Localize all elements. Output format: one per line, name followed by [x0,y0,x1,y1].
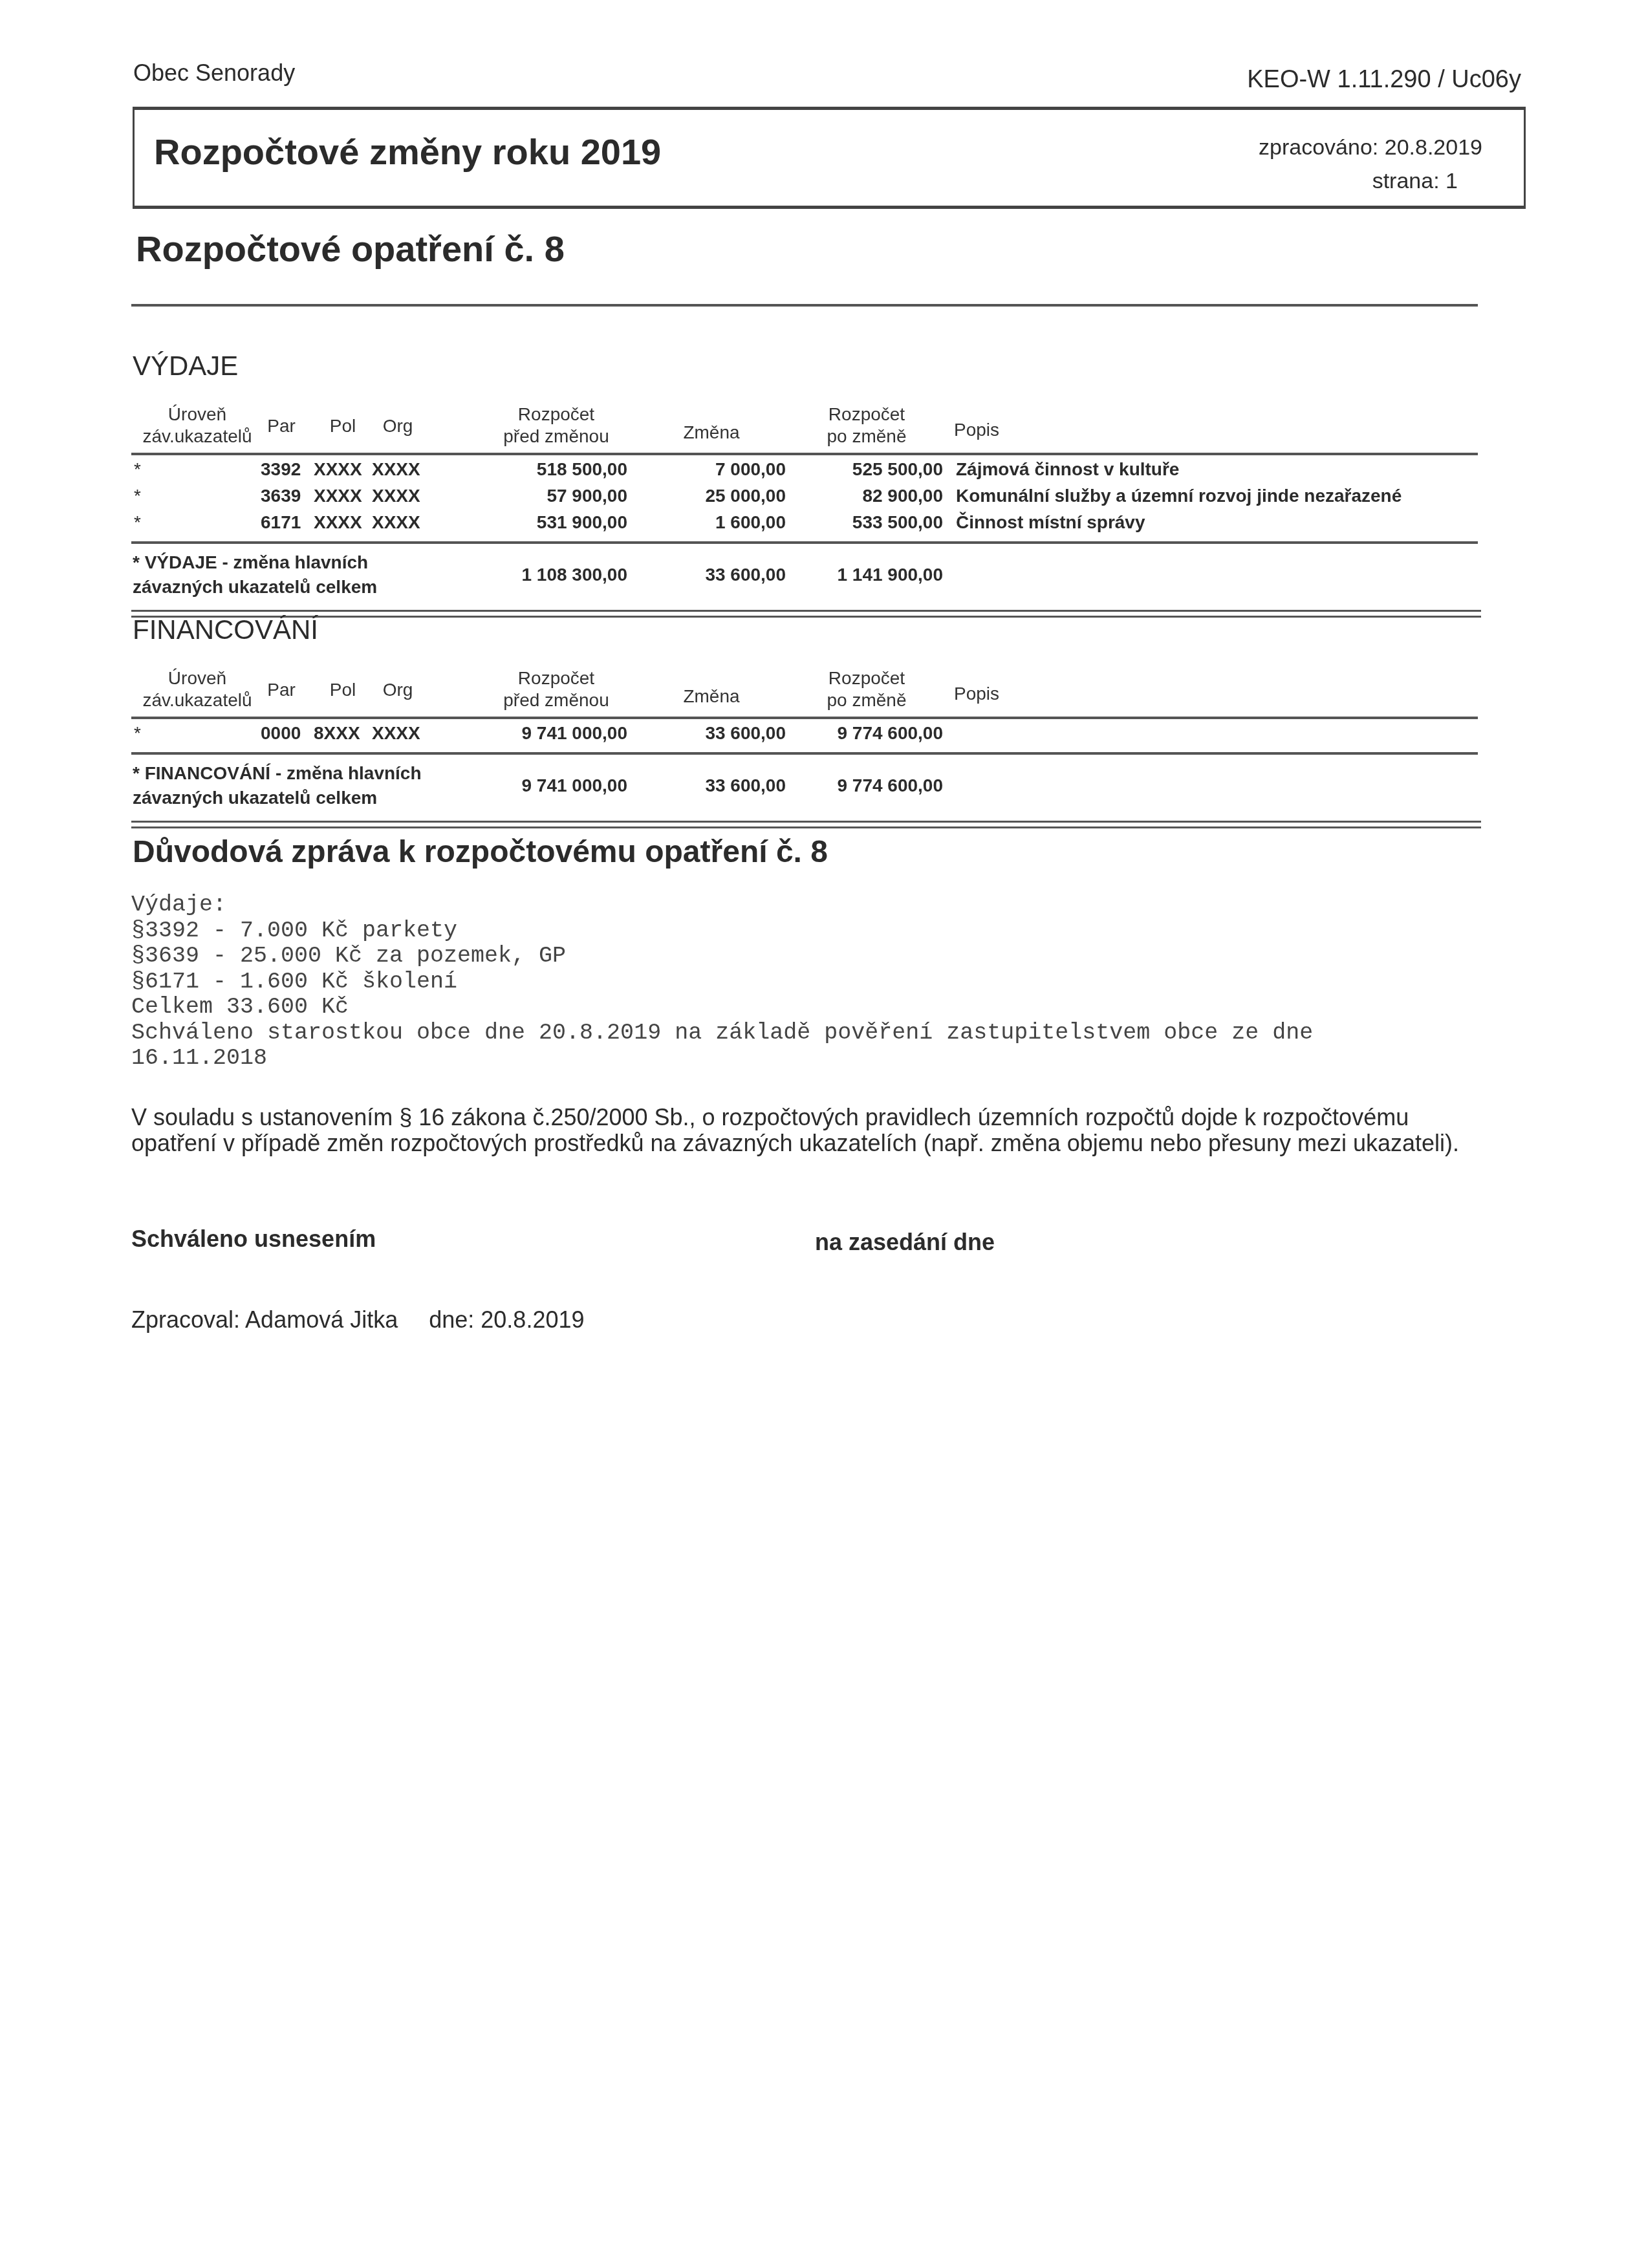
approved-by-resolution-label: Schváleno usnesením [131,1226,376,1253]
report-line: Celkem 33.600 Kč [131,995,1313,1021]
processed-by: Zpracoval: Adamová Jitka dne: 20.8.2019 [131,1306,584,1334]
budget-before: 531 900,00 [492,512,627,533]
budget-change: 33 600,00 [647,723,786,744]
level-marker: * [134,486,141,506]
processed-date: 20.8.2019 [1385,135,1482,160]
page-number-row: strana: 1 [1259,164,1482,198]
level-marker: * [134,512,141,533]
organization-name: Obec Senorady [133,59,295,87]
budget-after: 533 500,00 [802,512,943,533]
org-code: XXXX [372,512,420,533]
app-version: KEO-W 1.11.290 / Uc06y [1247,66,1521,94]
report-line: §3392 - 7.000 Kč parkety [131,918,1313,944]
double-rule-top [131,610,1481,612]
column-header-description: Popis [954,419,999,441]
document-title: Rozpočtové změny roku 2019 [154,131,661,173]
total-change: 33 600,00 [647,565,786,585]
page-number: 1 [1446,169,1458,193]
budget-after: 9 774 600,00 [802,723,943,744]
pol-code: 8XXX [314,723,360,744]
column-header-org: Org [372,679,424,701]
report-line: §6171 - 1.600 Kč školení [131,969,1313,995]
column-header-pol: Pol [317,679,369,701]
total-after: 9 774 600,00 [802,775,943,796]
legal-text: V souladu s ustanovením § 16 zákona č.25… [131,1105,1489,1156]
column-header-description: Popis [954,683,999,705]
table-rule [131,453,1478,455]
report-title: Důvodová zpráva k rozpočtovému opatření … [133,834,828,870]
budget-after: 82 900,00 [802,486,943,506]
org-code: XXXX [372,723,420,744]
processed-label: zpracováno: [1259,135,1378,160]
pol-code: XXXX [314,459,362,480]
report-line: 16.11.2018 [131,1046,1313,1072]
column-header-after: Rozpočetpo změně [789,404,944,448]
section-title: FINANCOVÁNÍ [133,614,318,645]
description: Komunální služby a územní rozvoj jinde n… [956,486,1402,506]
column-header-before: Rozpočetpřed změnou [479,404,634,448]
total-label: * FINANCOVÁNÍ - změna hlavníchzávazných … [133,761,422,810]
divider [131,304,1478,307]
budget-before: 9 741 000,00 [492,723,627,744]
column-header-level: Úroveňzáv.ukazatelů [133,667,262,711]
processed-by-date: 20.8.2019 [481,1306,584,1333]
double-rule-bottom [131,616,1481,618]
page-label: strana: [1372,169,1440,193]
column-header-level: Úroveňzáv.ukazatelů [133,404,262,448]
budget-before: 518 500,00 [492,459,627,480]
report-body: Výdaje:§3392 - 7.000 Kč parkety§3639 - 2… [131,892,1313,1072]
total-change: 33 600,00 [647,775,786,796]
double-rule-top [131,821,1481,823]
par-code: 3639 [261,486,301,506]
measure-title: Rozpočtové opatření č. 8 [136,228,565,270]
column-header-change: Změna [660,686,763,707]
level-marker: * [134,459,141,480]
meeting-date-label: na zasedání dne [815,1229,995,1256]
column-header-after: Rozpočetpo změně [789,667,944,711]
total-before: 1 108 300,00 [492,565,627,585]
report-line: Výdaje: [131,892,1313,918]
level-marker: * [134,723,141,744]
total-after: 1 141 900,00 [802,565,943,585]
budget-change: 25 000,00 [647,486,786,506]
column-header-before: Rozpočetpřed změnou [479,667,634,711]
table-rule [131,541,1478,544]
column-header-change: Změna [660,422,763,444]
description: Činnost místní správy [956,512,1145,533]
report-line: §3639 - 25.000 Kč za pozemek, GP [131,944,1313,969]
budget-before: 57 900,00 [492,486,627,506]
total-before: 9 741 000,00 [492,775,627,796]
par-code: 6171 [261,512,301,533]
double-rule-bottom [131,826,1481,828]
org-code: XXXX [372,459,420,480]
report-line: Schváleno starostkou obce dne 20.8.2019 … [131,1021,1313,1046]
table-rule [131,717,1478,719]
table-rule [131,752,1478,755]
processed-by-label: Zpracoval: [131,1306,240,1333]
total-label: * VÝDAJE - změna hlavníchzávazných ukaza… [133,550,377,599]
column-header-pol: Pol [317,415,369,437]
par-code: 3392 [261,459,301,480]
section-title: VÝDAJE [133,351,238,382]
pol-code: XXXX [314,512,362,533]
processed-date-label: dne: [429,1306,474,1333]
description: Zájmová činnost v kultuře [956,459,1179,480]
budget-after: 525 500,00 [802,459,943,480]
org-code: XXXX [372,486,420,506]
title-meta: zpracováno: 20.8.2019 strana: 1 [1259,131,1482,198]
pol-code: XXXX [314,486,362,506]
column-header-par: Par [255,679,307,701]
par-code: 0000 [261,723,301,744]
processed-date-row: zpracováno: 20.8.2019 [1259,131,1482,164]
column-header-par: Par [255,415,307,437]
processed-by-name: Adamová Jitka [245,1306,398,1333]
budget-change: 7 000,00 [647,459,786,480]
column-header-org: Org [372,415,424,437]
budget-change: 1 600,00 [647,512,786,533]
title-box: Rozpočtové změny roku 2019 zpracováno: 2… [133,107,1526,209]
